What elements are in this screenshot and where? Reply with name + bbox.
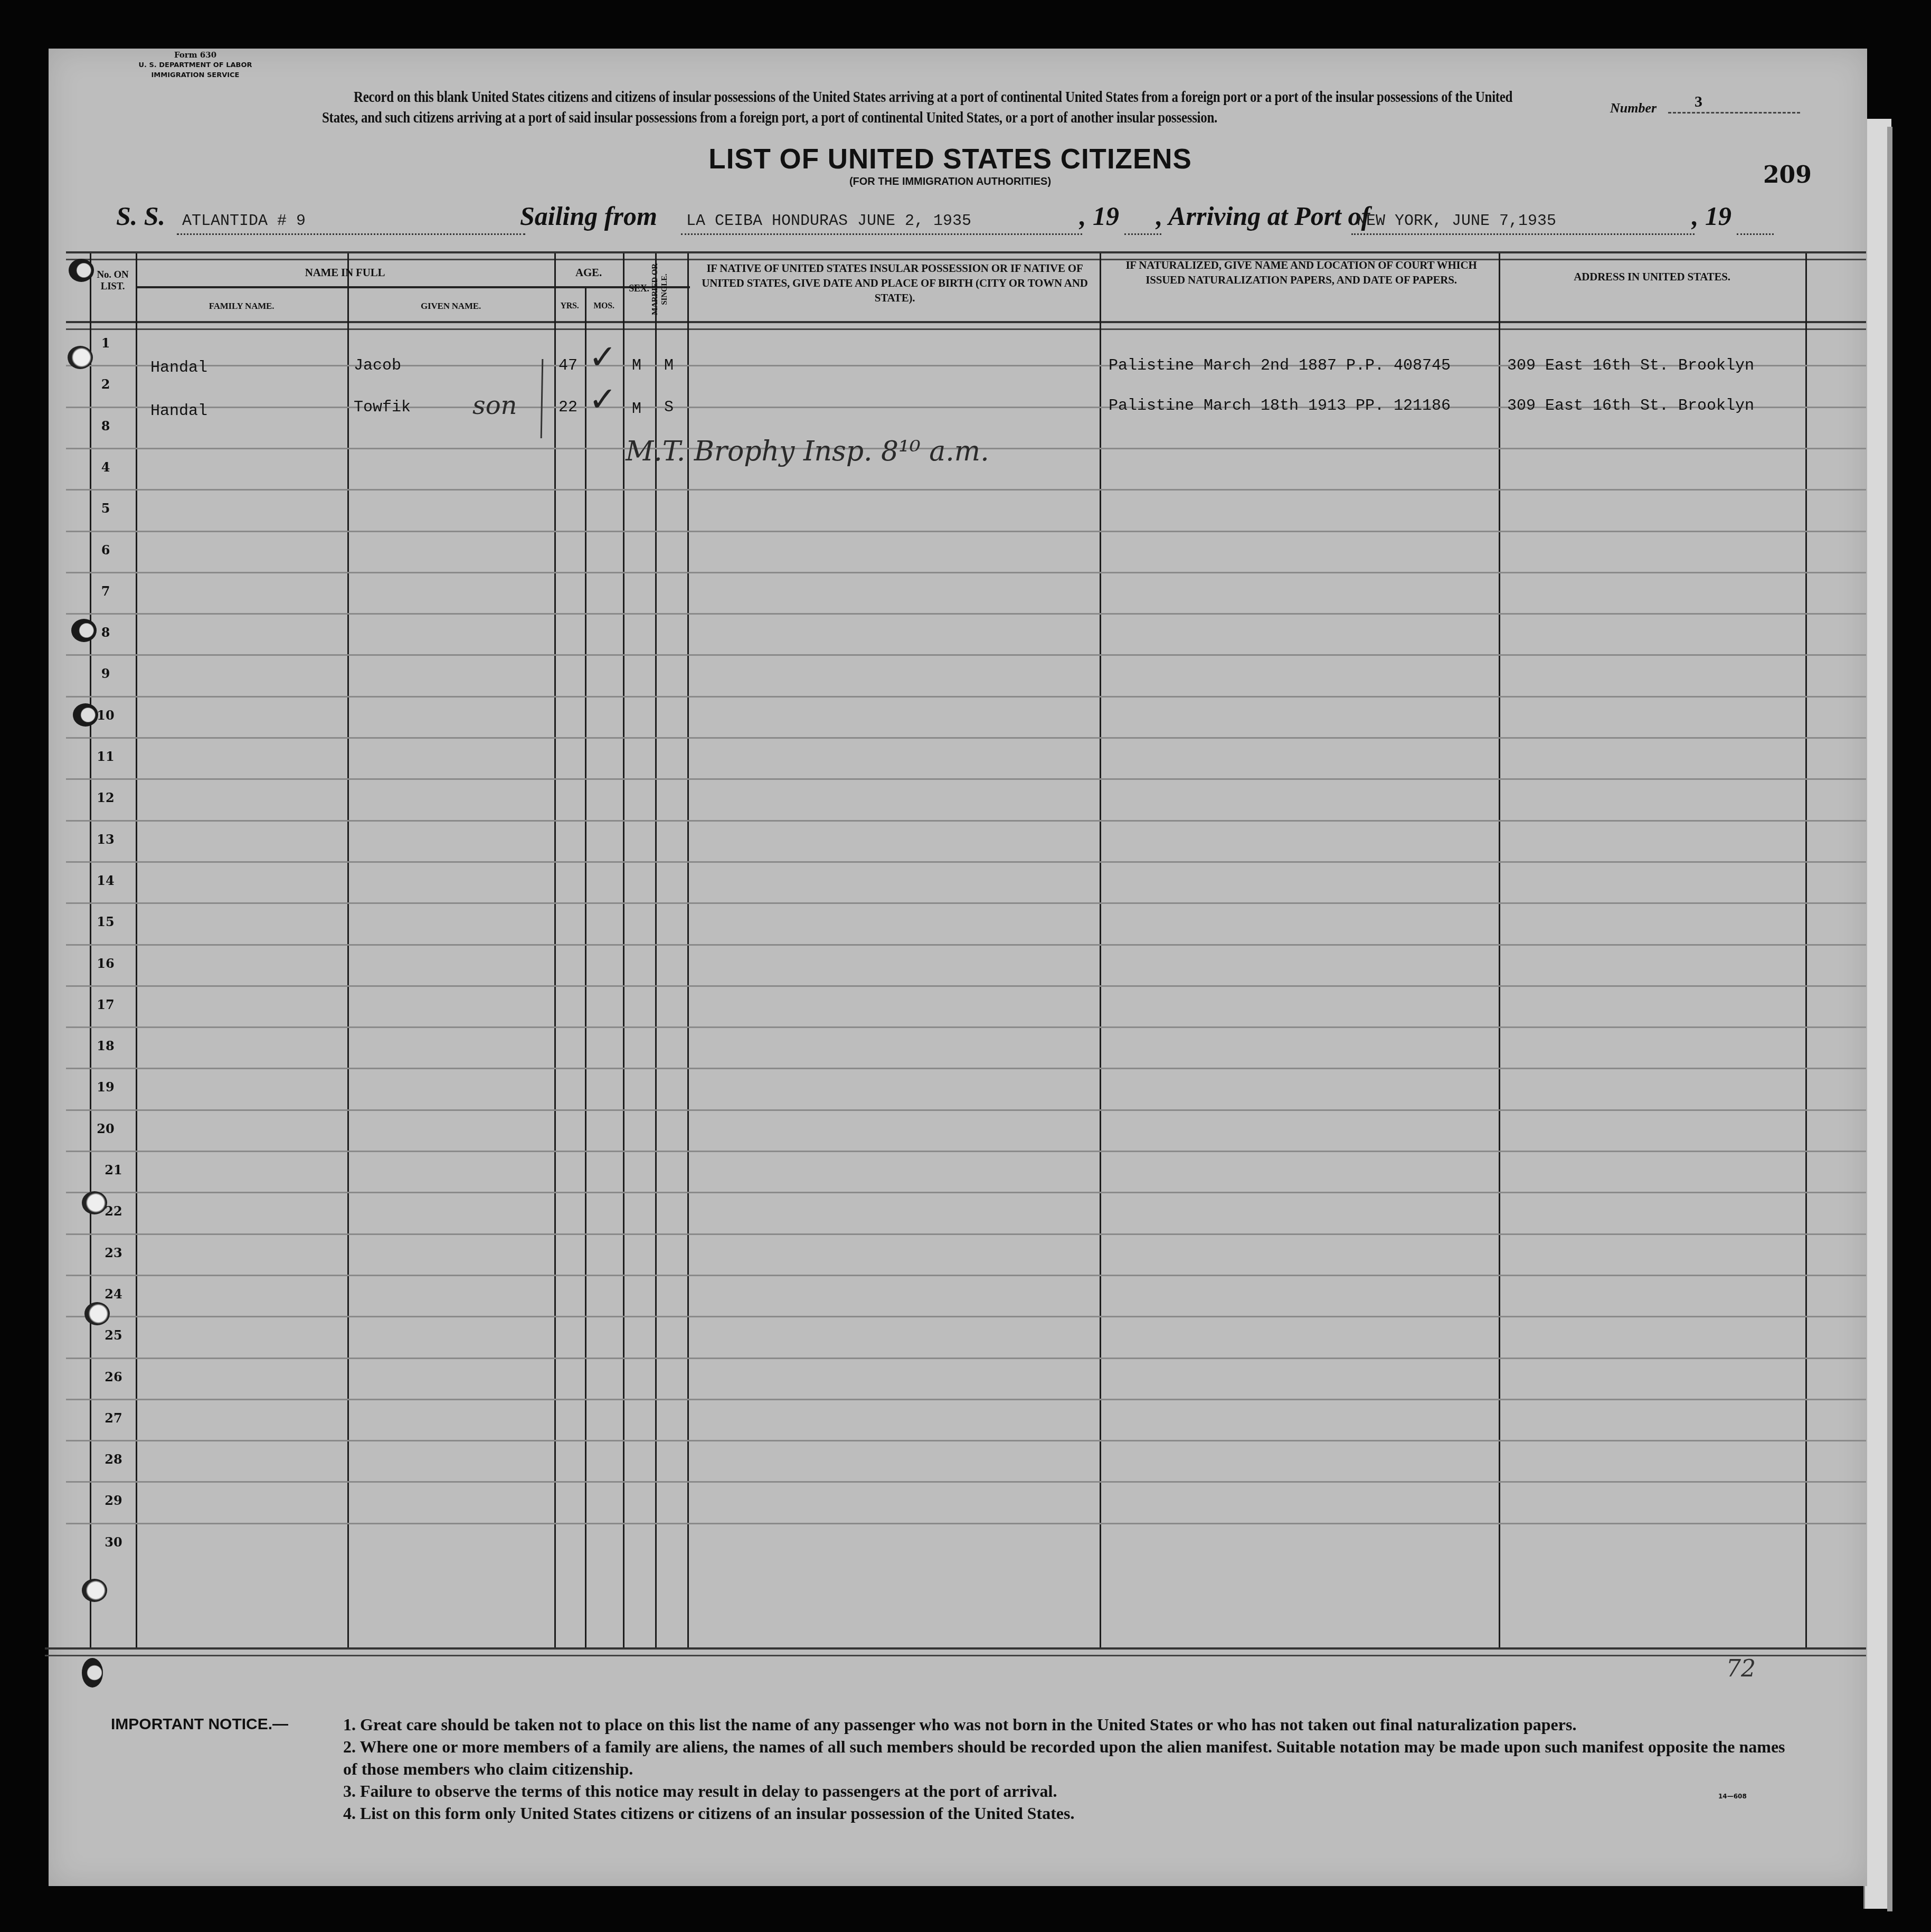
- row-divider: [66, 654, 1866, 656]
- table-bottom-border: [45, 1647, 1866, 1656]
- checkmark-icon: ✓: [589, 338, 617, 377]
- row-number: 30: [82, 1534, 145, 1550]
- table-top-border: [66, 251, 1866, 260]
- department-name: U. S. DEPARTMENT OF LABOR: [90, 60, 301, 70]
- col-line-naturalized: [1100, 253, 1101, 1647]
- page-subtitle: (FOR THE IMMIGRATION AUTHORITIES): [765, 176, 1135, 188]
- handwritten-inspector-note: M.T. Brophy Insp. 8¹⁰ a.m.: [626, 436, 989, 467]
- sex-cell: M: [632, 357, 641, 375]
- row-number: 11: [74, 749, 137, 764]
- form-number: Form 630: [90, 50, 301, 60]
- row-divider: [66, 985, 1866, 987]
- page-number: 209: [1763, 162, 1812, 189]
- col-line-mos: [585, 288, 586, 1647]
- number-field[interactable]: 3: [1668, 93, 1800, 114]
- row-number: 2: [74, 376, 137, 392]
- header-age-yrs: YRS.: [554, 299, 585, 314]
- row-divider: [66, 820, 1866, 822]
- underlying-sheet-edge-shadow: [1887, 127, 1892, 1911]
- stamp-number: 72: [1726, 1655, 1756, 1682]
- address-cell: 309 East 16th St. Brooklyn: [1507, 357, 1754, 375]
- row-number: 27: [82, 1410, 145, 1426]
- row-number: 18: [74, 1038, 137, 1053]
- punch-hole: [71, 619, 97, 642]
- voyage-info: S. S. ATLANTIDA # 9 Sailing from LA CEIB…: [116, 201, 1763, 238]
- citizen-list-table: No. ON LIST. NAME IN FULL FAMILY NAME. G…: [66, 253, 1866, 1647]
- form-instructions: Record on this blank United States citiz…: [322, 87, 1536, 128]
- punch-hole: [73, 703, 98, 727]
- marital-cell: S: [664, 399, 674, 417]
- marital-cell: M: [664, 357, 674, 375]
- row-divider: [66, 531, 1866, 532]
- year-label-2: , 19: [1692, 201, 1731, 231]
- header-married-or-single: MARRIED OR SINGLE.: [650, 263, 669, 316]
- row-divider: [66, 1523, 1866, 1524]
- row-number: 19: [74, 1079, 137, 1095]
- row-number: 16: [74, 956, 137, 971]
- header-age-mos: MOS.: [585, 299, 623, 314]
- row-divider: [66, 1151, 1866, 1152]
- row-divider: [66, 696, 1866, 698]
- row-number: 14: [74, 873, 137, 888]
- age-yrs-cell: 22: [559, 399, 578, 417]
- row-divider: [66, 737, 1866, 739]
- arriving-port-field[interactable]: NEW YORK, JUNE 7,1935: [1351, 212, 1695, 235]
- header-age: AGE.: [554, 265, 623, 280]
- year-field-2[interactable]: [1737, 212, 1774, 235]
- header-no-on-list: No. ON LIST.: [90, 269, 136, 293]
- notice-heading: IMPORTANT NOTICE.—: [111, 1713, 343, 1736]
- col-line-extra: [1805, 253, 1807, 1647]
- notice-item-1: 1. Great care should be taken not to pla…: [343, 1713, 1800, 1736]
- address-cell: 309 East 16th St. Brooklyn: [1507, 397, 1754, 415]
- punch-hole: [82, 1191, 107, 1214]
- row-divider: [66, 1481, 1866, 1483]
- row-number: 5: [74, 501, 137, 516]
- ss-label: S. S.: [116, 201, 165, 231]
- family-name-cell: Handal: [150, 402, 207, 420]
- checkmark-icon: ✓: [589, 380, 617, 419]
- row-number: 25: [82, 1327, 145, 1343]
- row-number: 29: [82, 1493, 145, 1508]
- notice-item-4: 4. List on this form only United States …: [343, 1802, 1800, 1824]
- punch-hole: [84, 1302, 110, 1325]
- row-number: 6: [74, 542, 137, 558]
- row-divider: [66, 1109, 1866, 1111]
- handwritten-annotation: son: [472, 391, 517, 420]
- row-divider: [66, 613, 1866, 615]
- row-divider: [66, 1316, 1866, 1317]
- row-divider: [66, 572, 1866, 573]
- row-number: 4: [74, 459, 137, 475]
- naturalization-cell: Palistine March 18th 1913 PP. 121186: [1109, 397, 1451, 415]
- header-name-in-full: NAME IN FULL: [136, 265, 554, 280]
- row-number: 21: [82, 1162, 145, 1177]
- punch-hole: [82, 1658, 103, 1688]
- header-native-birth: IF NATIVE OF UNITED STATES INSULAR POSSE…: [699, 261, 1090, 305]
- sailing-from-field[interactable]: LA CEIBA HONDURAS JUNE 2, 1935: [681, 212, 1082, 235]
- given-name-cell: Towfik: [354, 399, 411, 417]
- punch-hole: [68, 346, 93, 369]
- header-given-name: GIVEN NAME.: [347, 299, 554, 314]
- row-divider: [66, 902, 1866, 904]
- row-number: 8: [74, 418, 137, 433]
- sailing-from-label: Sailing from: [520, 201, 657, 231]
- row-number: 28: [82, 1452, 145, 1467]
- row-divider: [66, 1440, 1866, 1441]
- family-name-cell: Handal: [150, 359, 207, 377]
- number-label: Number: [1610, 100, 1657, 116]
- notice-item-2: 2. Where one or more members of a family…: [343, 1736, 1800, 1780]
- row-divider: [66, 1026, 1866, 1028]
- header-bottom-border: [66, 321, 1866, 330]
- col-line-given: [347, 253, 349, 1647]
- page-title: LIST OF UNITED STATES CITIZENS: [640, 143, 1261, 175]
- row-divider: [66, 1358, 1866, 1359]
- name-age-subheader-rule: [136, 286, 690, 288]
- header-address: ADDRESS IN UNITED STATES.: [1499, 269, 1805, 284]
- col-line-sex: [623, 253, 624, 1647]
- header-naturalized: IF NATURALIZED, GIVE NAME AND LOCATION O…: [1116, 258, 1486, 287]
- col-line-address: [1499, 253, 1500, 1647]
- row-divider: [66, 1399, 1866, 1400]
- row-divider: [66, 778, 1866, 780]
- row-number: 20: [74, 1121, 137, 1136]
- row-divider: [66, 1275, 1866, 1276]
- row-divider: [66, 1068, 1866, 1069]
- row-number: 17: [74, 997, 137, 1012]
- row-divider: [66, 489, 1866, 491]
- row-number: 23: [82, 1245, 145, 1260]
- punch-hole: [82, 1579, 107, 1602]
- ship-name-field[interactable]: ATLANTIDA # 9: [177, 212, 525, 235]
- row-number: 15: [74, 914, 137, 929]
- sex-cell: M: [632, 400, 641, 418]
- printer-code: 14—608: [1718, 1793, 1747, 1800]
- row-number: 7: [74, 583, 137, 599]
- arriving-label: , Arriving at Port of: [1156, 201, 1370, 231]
- row-number: 26: [82, 1369, 145, 1384]
- row-number: 9: [74, 666, 137, 681]
- row-divider: [66, 944, 1866, 946]
- header-family-name: FAMILY NAME.: [136, 299, 347, 314]
- row-number: 12: [74, 790, 137, 805]
- row-number: 24: [82, 1286, 145, 1302]
- row-number: 13: [74, 832, 137, 847]
- row-divider: [66, 861, 1866, 863]
- handwritten-bracket-mark: [541, 359, 544, 438]
- punch-hole: [69, 259, 94, 282]
- naturalization-cell: Palistine March 2nd 1887 P.P. 408745: [1109, 357, 1451, 375]
- notice-item-3: 3. Failure to observe the terms of this …: [343, 1780, 1800, 1802]
- form-identifier: Form 630 U. S. DEPARTMENT OF LABOR IMMIG…: [90, 50, 301, 80]
- row-divider: [66, 1192, 1866, 1193]
- row-divider: [66, 1233, 1866, 1235]
- year-label-1: , 19: [1080, 201, 1119, 231]
- service-name: IMMIGRATION SERVICE: [90, 70, 301, 80]
- age-yrs-cell: 47: [559, 357, 578, 375]
- given-name-cell: Jacob: [354, 357, 401, 375]
- col-line-yrs: [554, 253, 556, 1647]
